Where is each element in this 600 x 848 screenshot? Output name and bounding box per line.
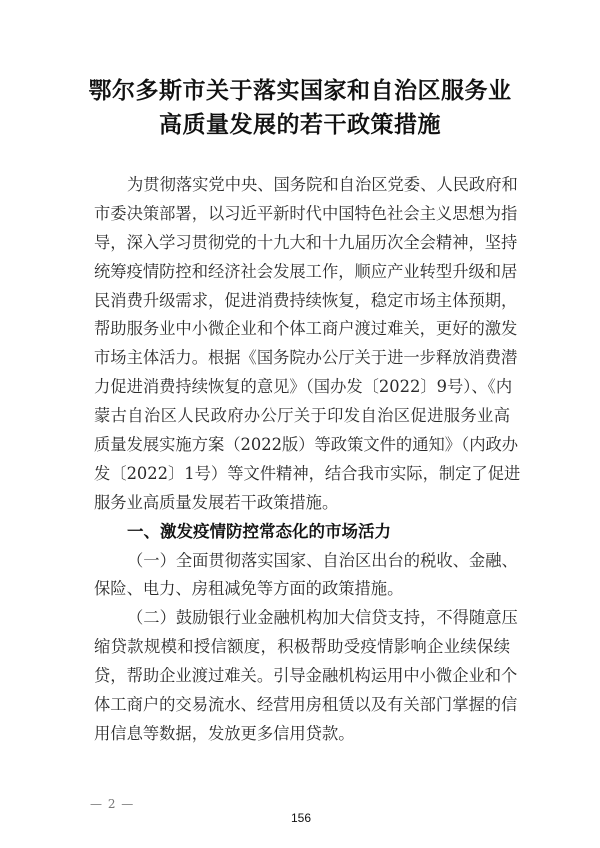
paragraph-line: 服务业高质量发展若干政策措施。 (94, 489, 510, 518)
paragraph-line: 缩贷款规模和授信额度，积极帮助受疫情影响企业续保续 (94, 633, 510, 662)
document-title-line-2: 高质量发展的若干政策措施 (0, 106, 600, 139)
paragraph-line: 用信息等数据，发放更多信用贷款。 (94, 720, 510, 749)
page-number: 156 (291, 811, 311, 825)
page-marker: — 2 — (90, 797, 134, 811)
section-heading: 一、激发疫情防控常态化的市场活力 (94, 518, 510, 547)
paragraph-line: 帮助服务业中小微企业和个体工商户渡过难关，更好的激发 (94, 315, 510, 344)
paragraph-line: 质量发展实施方案（2022版）等政策文件的通知》（内政办 (94, 431, 510, 460)
document-title-line-1: 鄂尔多斯市关于落实国家和自治区服务业 (0, 72, 600, 105)
paragraph-line: （二）鼓励银行业金融机构加大信贷支持，不得随意压 (94, 604, 510, 633)
paragraph-line: 力促进消费持续恢复的意见》（国办发〔2022〕9号）、《内 (94, 373, 510, 402)
paragraph-line: 民消费升级需求，促进消费持续恢复，稳定市场主体预期， (94, 287, 510, 316)
paragraph-line: 贷，帮助企业渡过难关。引导金融机构运用中小微企业和个 (94, 662, 510, 691)
paragraph-line: 保险、电力、房租减免等方面的政策措施。 (94, 575, 510, 604)
paragraph-line: 市委决策部署，以习近平新时代中国特色社会主义思想为指 (94, 200, 510, 229)
paragraph-line: 蒙古自治区人民政府办公厅关于印发自治区促进服务业高 (94, 402, 510, 431)
paragraph-line: 导，深入学习贯彻党的十九大和十九届历次全会精神，坚持 (94, 229, 510, 258)
paragraph-line: （一）全面贯彻落实国家、自治区出台的税收、金融、 (94, 547, 510, 576)
paragraph-line: 统筹疫情防控和经济社会发展工作，顺应产业转型升级和居 (94, 258, 510, 287)
paragraph-line: 市场主体活力。根据《国务院办公厅关于进一步释放消费潜 (94, 344, 510, 373)
document-body: 为贯彻落实党中央、国务院和自治区党委、人民政府和 市委决策部署，以习近平新时代中… (94, 171, 510, 749)
paragraph-line: 发〔2022〕1号）等文件精神，结合我市实际，制定了促进 (94, 460, 510, 489)
paragraph-line: 体工商户的交易流水、经营用房租赁以及有关部门掌握的信 (94, 691, 510, 720)
paragraph-line: 为贯彻落实党中央、国务院和自治区党委、人民政府和 (94, 171, 510, 200)
